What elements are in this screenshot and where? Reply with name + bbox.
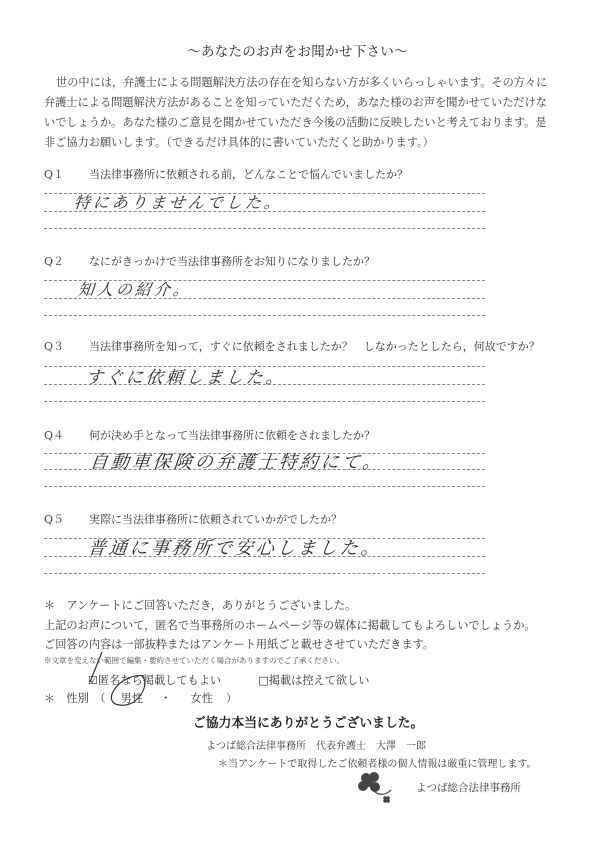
handwritten-answer: 自動車保険の弁護士特約にて。 [89,448,385,474]
handwritten-answer: 知人の紹介。 [77,277,193,300]
gender-option-female[interactable]: 女性 [191,692,213,705]
question-text: なにがきっかけで当法律事務所をお知りになりましたか？ [89,253,375,269]
answer-line [44,315,485,316]
question-label: Q３ [44,338,64,354]
clover-icon [355,770,407,806]
question-text: 当法律事務所を知って，すぐに依頼をされましたか？ しなかったとしたら，何故ですか… [89,338,540,354]
intro-paragraph: 世の中には，弁護士による問題解決方法の存在を知らない方が多くいらっしゃいます。そ… [44,73,554,153]
question-text: 何が決め手となって当法律事務所に依頼をされましたか？ [89,427,375,443]
footer-signature: よつば総合法律事務所 代表弁護士 大澤 一郎 [206,737,426,752]
question-text: 当法律事務所に依頼される前，どんなことで悩んでいましたか？ [89,166,408,182]
handwritten-answer: 普通に事務所で安心しました。 [87,534,384,560]
publish-question: 上記のお声について，匿名で当事務所のホームページ等の媒体に掲載してもよろしいでし… [44,617,536,633]
question-label: Q２ [44,253,64,269]
page-title: ～あなたのお声をお聞かせ下さい～ [0,40,595,60]
answer-line [44,401,485,402]
answer-line [44,486,485,487]
gender-close: ） [226,692,237,705]
privacy-note: ＊当アンケートで取得したご依頼者様の個人情報は厳重に管理します。 [218,755,537,770]
answer-line [44,228,485,229]
handwritten-answer: すぐに依頼しました。 [85,363,288,388]
gender-label: ＊ 性別 （ [44,692,106,705]
question-text: 実際に当法律事務所に依頼されていかがでしたか？ [89,511,342,527]
check-stroke-icon [86,650,106,686]
selection-circle-icon [104,672,154,712]
question-label: Q１ [44,166,64,182]
closing-thanks: ＊ アンケートにご回答いただき，ありがとうございました。 [44,597,356,613]
question-label: Q５ [44,511,64,527]
gender-separator: ・ [160,692,171,705]
answer-line [44,573,485,574]
firm-name: よつば総合法律事務所 [416,780,521,795]
checkbox-decline[interactable]: □掲載は控えて欲しい [258,674,369,687]
footer-thanks: ご協力本当にありがとうございました。 [193,712,423,731]
handwritten-answer: 特にありませんでした。 [73,190,284,213]
question-label: Q４ [44,427,64,443]
